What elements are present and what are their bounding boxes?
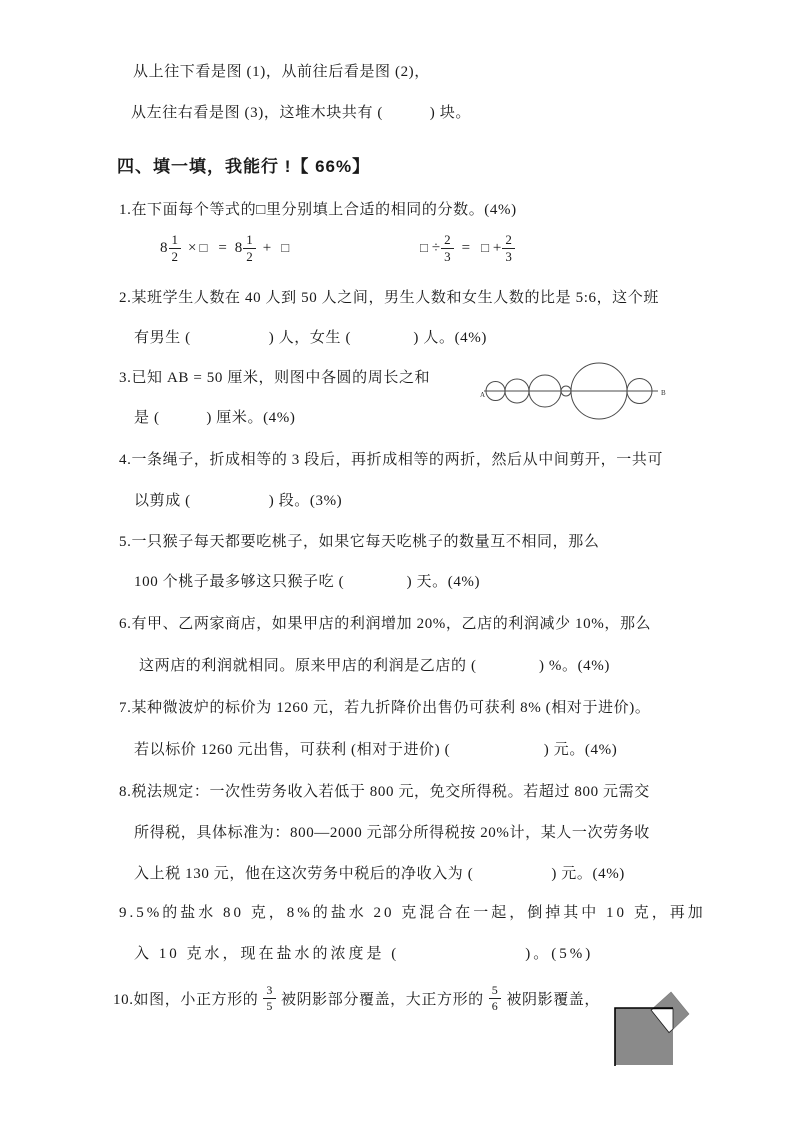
question-3-line-2: 是 ( ) 厘米。(4%)	[134, 408, 295, 428]
numerator: 1	[169, 233, 182, 249]
fraction: 5 6	[489, 984, 502, 1012]
question-1-equation-left: 8 1 2 × □ = 8 1 2 + □	[160, 226, 292, 270]
denominator: 2	[246, 249, 253, 264]
question-10-mid: 被阴影部分覆盖，大正方形的	[281, 988, 484, 1009]
question-3-line-1: 3.已知 AB = 50 厘米，则图中各圆的周长之和	[119, 368, 430, 388]
overlapping-squares-figure	[613, 988, 698, 1073]
numerator: 2	[502, 233, 515, 249]
plus-sign: +	[493, 240, 501, 257]
question-1-text: 1.在下面每个等式的□里分别填上合适的相同的分数。(4%)	[119, 200, 517, 220]
label-b: B	[661, 389, 666, 397]
denominator: 2	[172, 249, 179, 264]
numerator: 5	[489, 984, 502, 999]
question-10-line-1: 10.如图，小正方形的 3 5 被阴影部分覆盖，大正方形的 5 6 被阴影覆盖，	[113, 978, 600, 1018]
question-9-line-1: 9.5%的盐水 80 克，8%的盐水 20 克混合在一起，倒掉其中 10 克，再…	[119, 903, 706, 923]
label-a: A	[480, 391, 485, 399]
numerator: 3	[263, 984, 276, 999]
question-7-line-2: 若以标价 1260 元出售，可获利 (相对于进价) ( ) 元。(4%)	[134, 740, 617, 760]
question-8-line-1: 8.税法规定：一次性劳务收入若低于 800 元，免交所得税。若超过 800 元需…	[119, 782, 650, 802]
blank-box: □	[420, 240, 428, 256]
question-5-line-2: 100 个桃子最多够这只猴子吃 ( ) 天。(4%)	[134, 572, 480, 592]
fraction: 1 2	[169, 233, 182, 263]
numerator: 2	[441, 233, 454, 249]
denominator: 3	[444, 249, 451, 264]
denominator: 5	[266, 999, 273, 1013]
equals-sign: =	[462, 240, 470, 257]
section-heading: 四、填一填，我能行 !【 66%】	[117, 152, 370, 177]
fraction: 2 3	[441, 233, 454, 263]
question-6-line-2: 这两店的利润就相同。原来甲店的利润是乙店的 ( ) %。(4%)	[139, 656, 610, 676]
question-4-line-1: 4.一条绳子，折成相等的 3 段后，再折成相等的两折，然后从中间剪开，一共可	[119, 450, 663, 470]
exam-page: 从上往下看是图 (1)，从前往后看是图 (2)， 从左往右看是图 (3)，这堆木…	[0, 0, 793, 1122]
mixed-number: 8 1 2	[160, 233, 181, 263]
plus-sign: +	[263, 240, 271, 257]
question-8-line-2: 所得税，具体标准为：800—2000 元部分所得税按 20%计，某人一次劳务收	[134, 823, 650, 843]
equals-sign: =	[218, 240, 226, 257]
question-9-line-2: 入 10 克水，现在盐水的浓度是 ( )。(5%)	[134, 944, 593, 964]
intro-line-2: 从左往右看是图 (3)，这堆木块共有 ( ) 块。	[131, 103, 471, 123]
mixed-number: 8 1 2	[235, 233, 256, 263]
question-1-equation-right: □ ÷ 2 3 = □ + 2 3	[417, 226, 515, 270]
question-2-line-2: 有男生 ( ) 人，女生 ( ) 人。(4%)	[134, 328, 487, 348]
denominator: 3	[505, 249, 512, 264]
question-4-line-2: 以剪成 ( ) 段。(3%)	[134, 491, 342, 511]
question-10-prefix: 10.如图，小正方形的	[113, 988, 258, 1009]
blank-box: □	[281, 240, 289, 256]
blank-box: □	[481, 240, 489, 256]
question-7-line-1: 7.某种微波炉的标价为 1260 元，若九折降价出售仍可获利 8% (相对于进价…	[119, 698, 650, 718]
question-10-suffix: 被阴影覆盖，	[506, 988, 600, 1009]
whole-number: 8	[235, 240, 243, 257]
fraction: 3 5	[263, 984, 276, 1012]
intro-line-1: 从上往下看是图 (1)，从前往后看是图 (2)，	[133, 62, 430, 82]
question-8-line-3: 入上税 130 元，他在这次劳务中税后的净收入为 ( ) 元。(4%)	[134, 864, 625, 884]
question-2-line-1: 2.某班学生人数在 40 人到 50 人之间，男生人数和女生人数的比是 5:6，…	[119, 288, 659, 308]
blank-box: □	[199, 240, 207, 256]
numerator: 1	[243, 233, 256, 249]
divide-sign: ÷	[432, 240, 440, 257]
circles-figure: A B	[480, 354, 680, 432]
question-5-line-1: 5.一只猴子每天都要吃桃子，如果它每天吃桃子的数量互不相同，那么	[119, 532, 599, 552]
fraction: 2 3	[502, 233, 515, 263]
denominator: 6	[492, 999, 499, 1013]
times-sign: ×	[188, 240, 196, 257]
whole-number: 8	[160, 240, 168, 257]
fraction: 1 2	[243, 233, 256, 263]
question-6-line-1: 6.有甲、乙两家商店，如果甲店的利润增加 20%，乙店的利润减少 10%，那么	[119, 614, 651, 634]
